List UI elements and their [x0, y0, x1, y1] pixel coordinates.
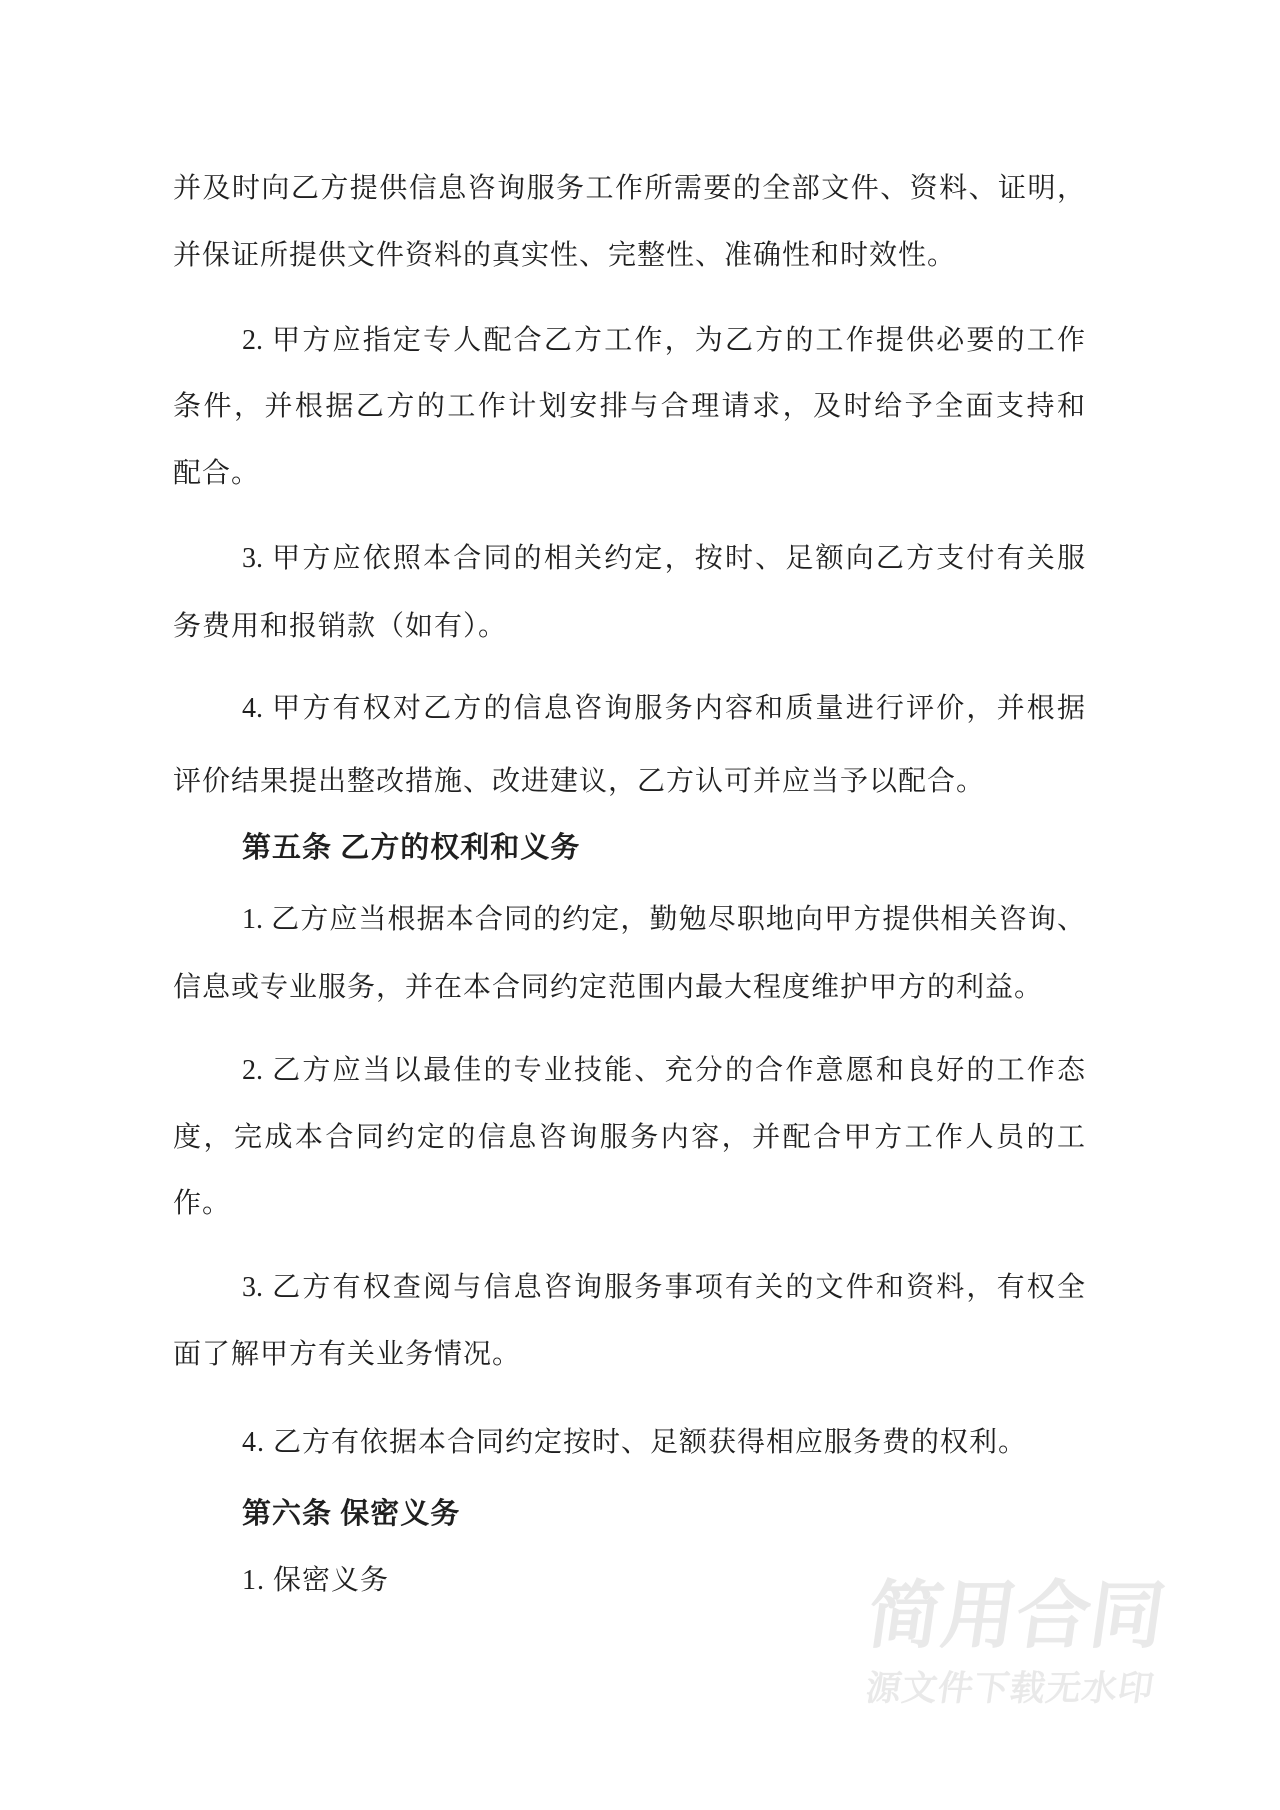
- document-line: 4. 甲方有权对乙方的信息咨询服务内容和质量进行评价，并根据: [173, 690, 1085, 728]
- watermark-subtitle: 源文件下载无水印: [855, 1670, 1156, 1708]
- document-line: 3. 甲方应依照本合同的相关约定，按时、足额向乙方支付有关服: [173, 540, 1085, 578]
- document-line: 1. 乙方应当根据本合同的约定，勤勉尽职地向甲方提供相关咨询、: [173, 901, 1085, 939]
- document-line: 4. 乙方有依据本合同约定按时、足额获得相应服务费的权利。: [173, 1424, 1085, 1462]
- contract-page: 并及时向乙方提供信息咨询服务工作所需要的全部文件、资料、证明，并保证所提供文件资…: [0, 0, 1280, 1810]
- document-line: 度，完成本合同约定的信息咨询服务内容，并配合甲方工作人员的工: [173, 1119, 1085, 1157]
- document-line: 2. 甲方应指定专人配合乙方工作，为乙方的工作提供必要的工作: [173, 322, 1085, 360]
- document-line: 1. 保密义务: [173, 1562, 1085, 1600]
- section-heading: 第六条 保密义务: [173, 1495, 1085, 1533]
- section-heading: 第五条 乙方的权利和义务: [173, 829, 1085, 867]
- document-line: 2. 乙方应当以最佳的专业技能、充分的合作意愿和良好的工作态: [173, 1052, 1085, 1090]
- document-line: 条件，并根据乙方的工作计划安排与合理请求，及时给予全面支持和: [173, 388, 1085, 426]
- document-line: 务费用和报销款（如有）。: [173, 608, 1085, 646]
- document-line: 评价结果提出整改措施、改进建议，乙方认可并应当予以配合。: [173, 763, 1085, 801]
- document-line: 配合。: [173, 455, 1085, 493]
- document-line: 并保证所提供文件资料的真实性、完整性、准确性和时效性。: [173, 237, 1085, 275]
- document-line: 并及时向乙方提供信息咨询服务工作所需要的全部文件、资料、证明，: [173, 170, 1085, 208]
- document-line: 3. 乙方有权查阅与信息咨询服务事项有关的文件和资料，有权全: [173, 1269, 1085, 1307]
- document-line: 作。: [173, 1185, 1085, 1223]
- document-line: 信息或专业服务，并在本合同约定范围内最大程度维护甲方的利益。: [173, 969, 1085, 1007]
- document-line: 面了解甲方有关业务情况。: [173, 1336, 1085, 1374]
